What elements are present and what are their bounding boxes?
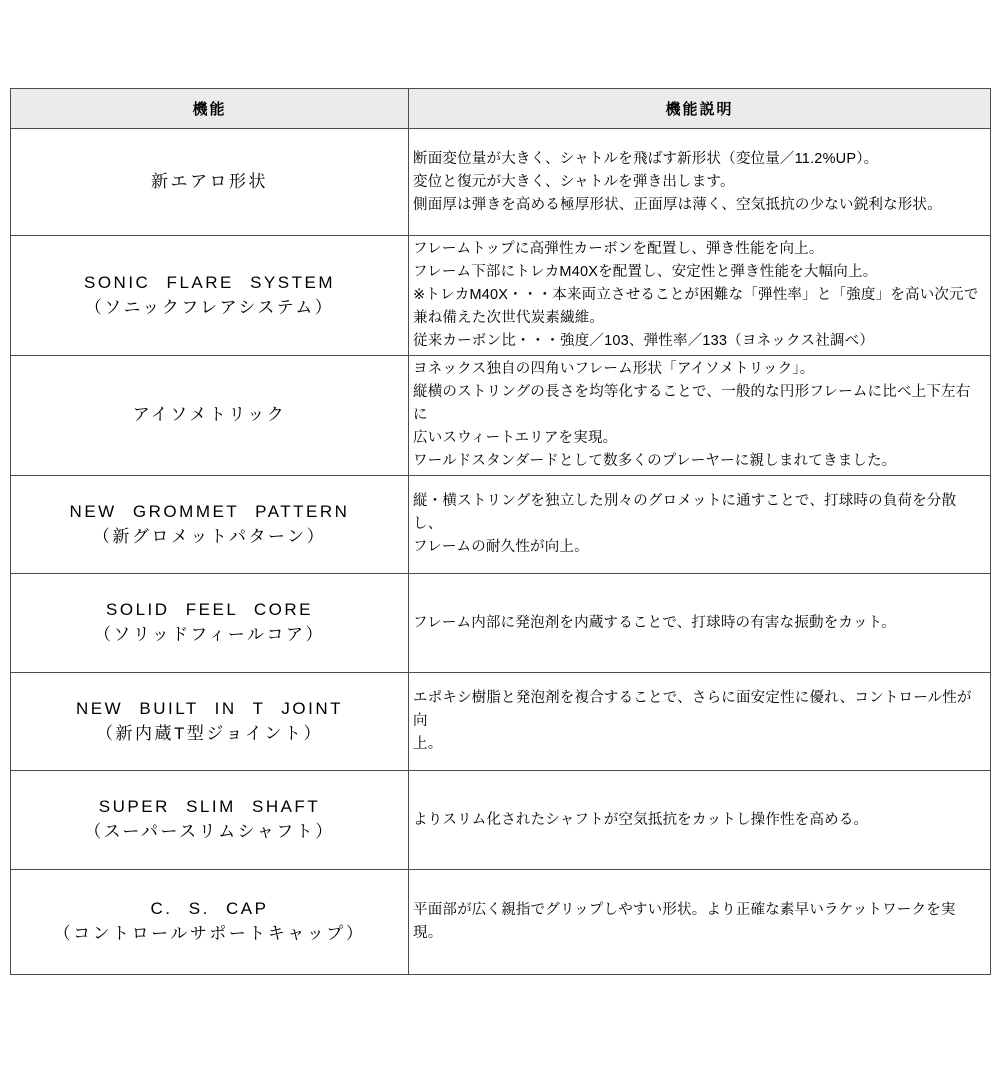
column-header-description: 機能説明 <box>409 89 991 129</box>
feature-description: よりスリム化されたシャフトが空気抵抗をカットし操作性を高める。 <box>409 771 991 870</box>
feature-name: アイソメトリック <box>11 356 409 476</box>
feature-description: ヨネックス独自の四角いフレーム形状「アイソメトリック」。 縦横のストリングの長さ… <box>409 356 991 476</box>
table-row: アイソメトリック ヨネックス独自の四角いフレーム形状「アイソメトリック」。 縦横… <box>11 356 991 476</box>
table-row: SUPER SLIM SHAFT （スーパースリムシャフト） よりスリム化された… <box>11 771 991 870</box>
table-row: SOLID FEEL CORE （ソリッドフィールコア） フレーム内部に発泡剤を… <box>11 574 991 673</box>
feature-name: SOLID FEEL CORE （ソリッドフィールコア） <box>11 574 409 673</box>
table-row: NEW GROMMET PATTERN （新グロメットパターン） 縦・横ストリン… <box>11 476 991 574</box>
feature-description: 断面変位量が大きく、シャトルを飛ばす新形状（変位量／11.2%UP）。 変位と復… <box>409 129 991 236</box>
table-row: 新エアロ形状 断面変位量が大きく、シャトルを飛ばす新形状（変位量／11.2%UP… <box>11 129 991 236</box>
feature-description: 平面部が広く親指でグリップしやすい形状。より正確な素早いラケットワークを実現。 <box>409 870 991 975</box>
table-row: NEW BUILT IN T JOINT （新内蔵T型ジョイント） エポキシ樹脂… <box>11 673 991 771</box>
feature-name: NEW GROMMET PATTERN （新グロメットパターン） <box>11 476 409 574</box>
feature-name: NEW BUILT IN T JOINT （新内蔵T型ジョイント） <box>11 673 409 771</box>
column-header-function: 機能 <box>11 89 409 129</box>
feature-description: エポキシ樹脂と発泡剤を複合することで、さらに面安定性に優れ、コントロール性が向 … <box>409 673 991 771</box>
feature-name: SUPER SLIM SHAFT （スーパースリムシャフト） <box>11 771 409 870</box>
feature-name: C. S. CAP （コントロールサポートキャップ） <box>11 870 409 975</box>
feature-description: フレーム内部に発泡剤を内蔵することで、打球時の有害な振動をカット。 <box>409 574 991 673</box>
feature-description: 縦・横ストリングを独立した別々のグロメットに通すことで、打球時の負荷を分散し、 … <box>409 476 991 574</box>
feature-name: 新エアロ形状 <box>11 129 409 236</box>
feature-name: SONIC FLARE SYSTEM （ソニックフレアシステム） <box>11 236 409 356</box>
table-row: SONIC FLARE SYSTEM （ソニックフレアシステム） フレームトップ… <box>11 236 991 356</box>
table-header-row: 機能 機能説明 <box>11 89 991 129</box>
table-row: C. S. CAP （コントロールサポートキャップ） 平面部が広く親指でグリップ… <box>11 870 991 975</box>
features-table: 機能 機能説明 新エアロ形状 断面変位量が大きく、シャトルを飛ばす新形状（変位量… <box>10 88 991 975</box>
feature-description: フレームトップに高弾性カーボンを配置し、弾き性能を向上。 フレーム下部にトレカM… <box>409 236 991 356</box>
